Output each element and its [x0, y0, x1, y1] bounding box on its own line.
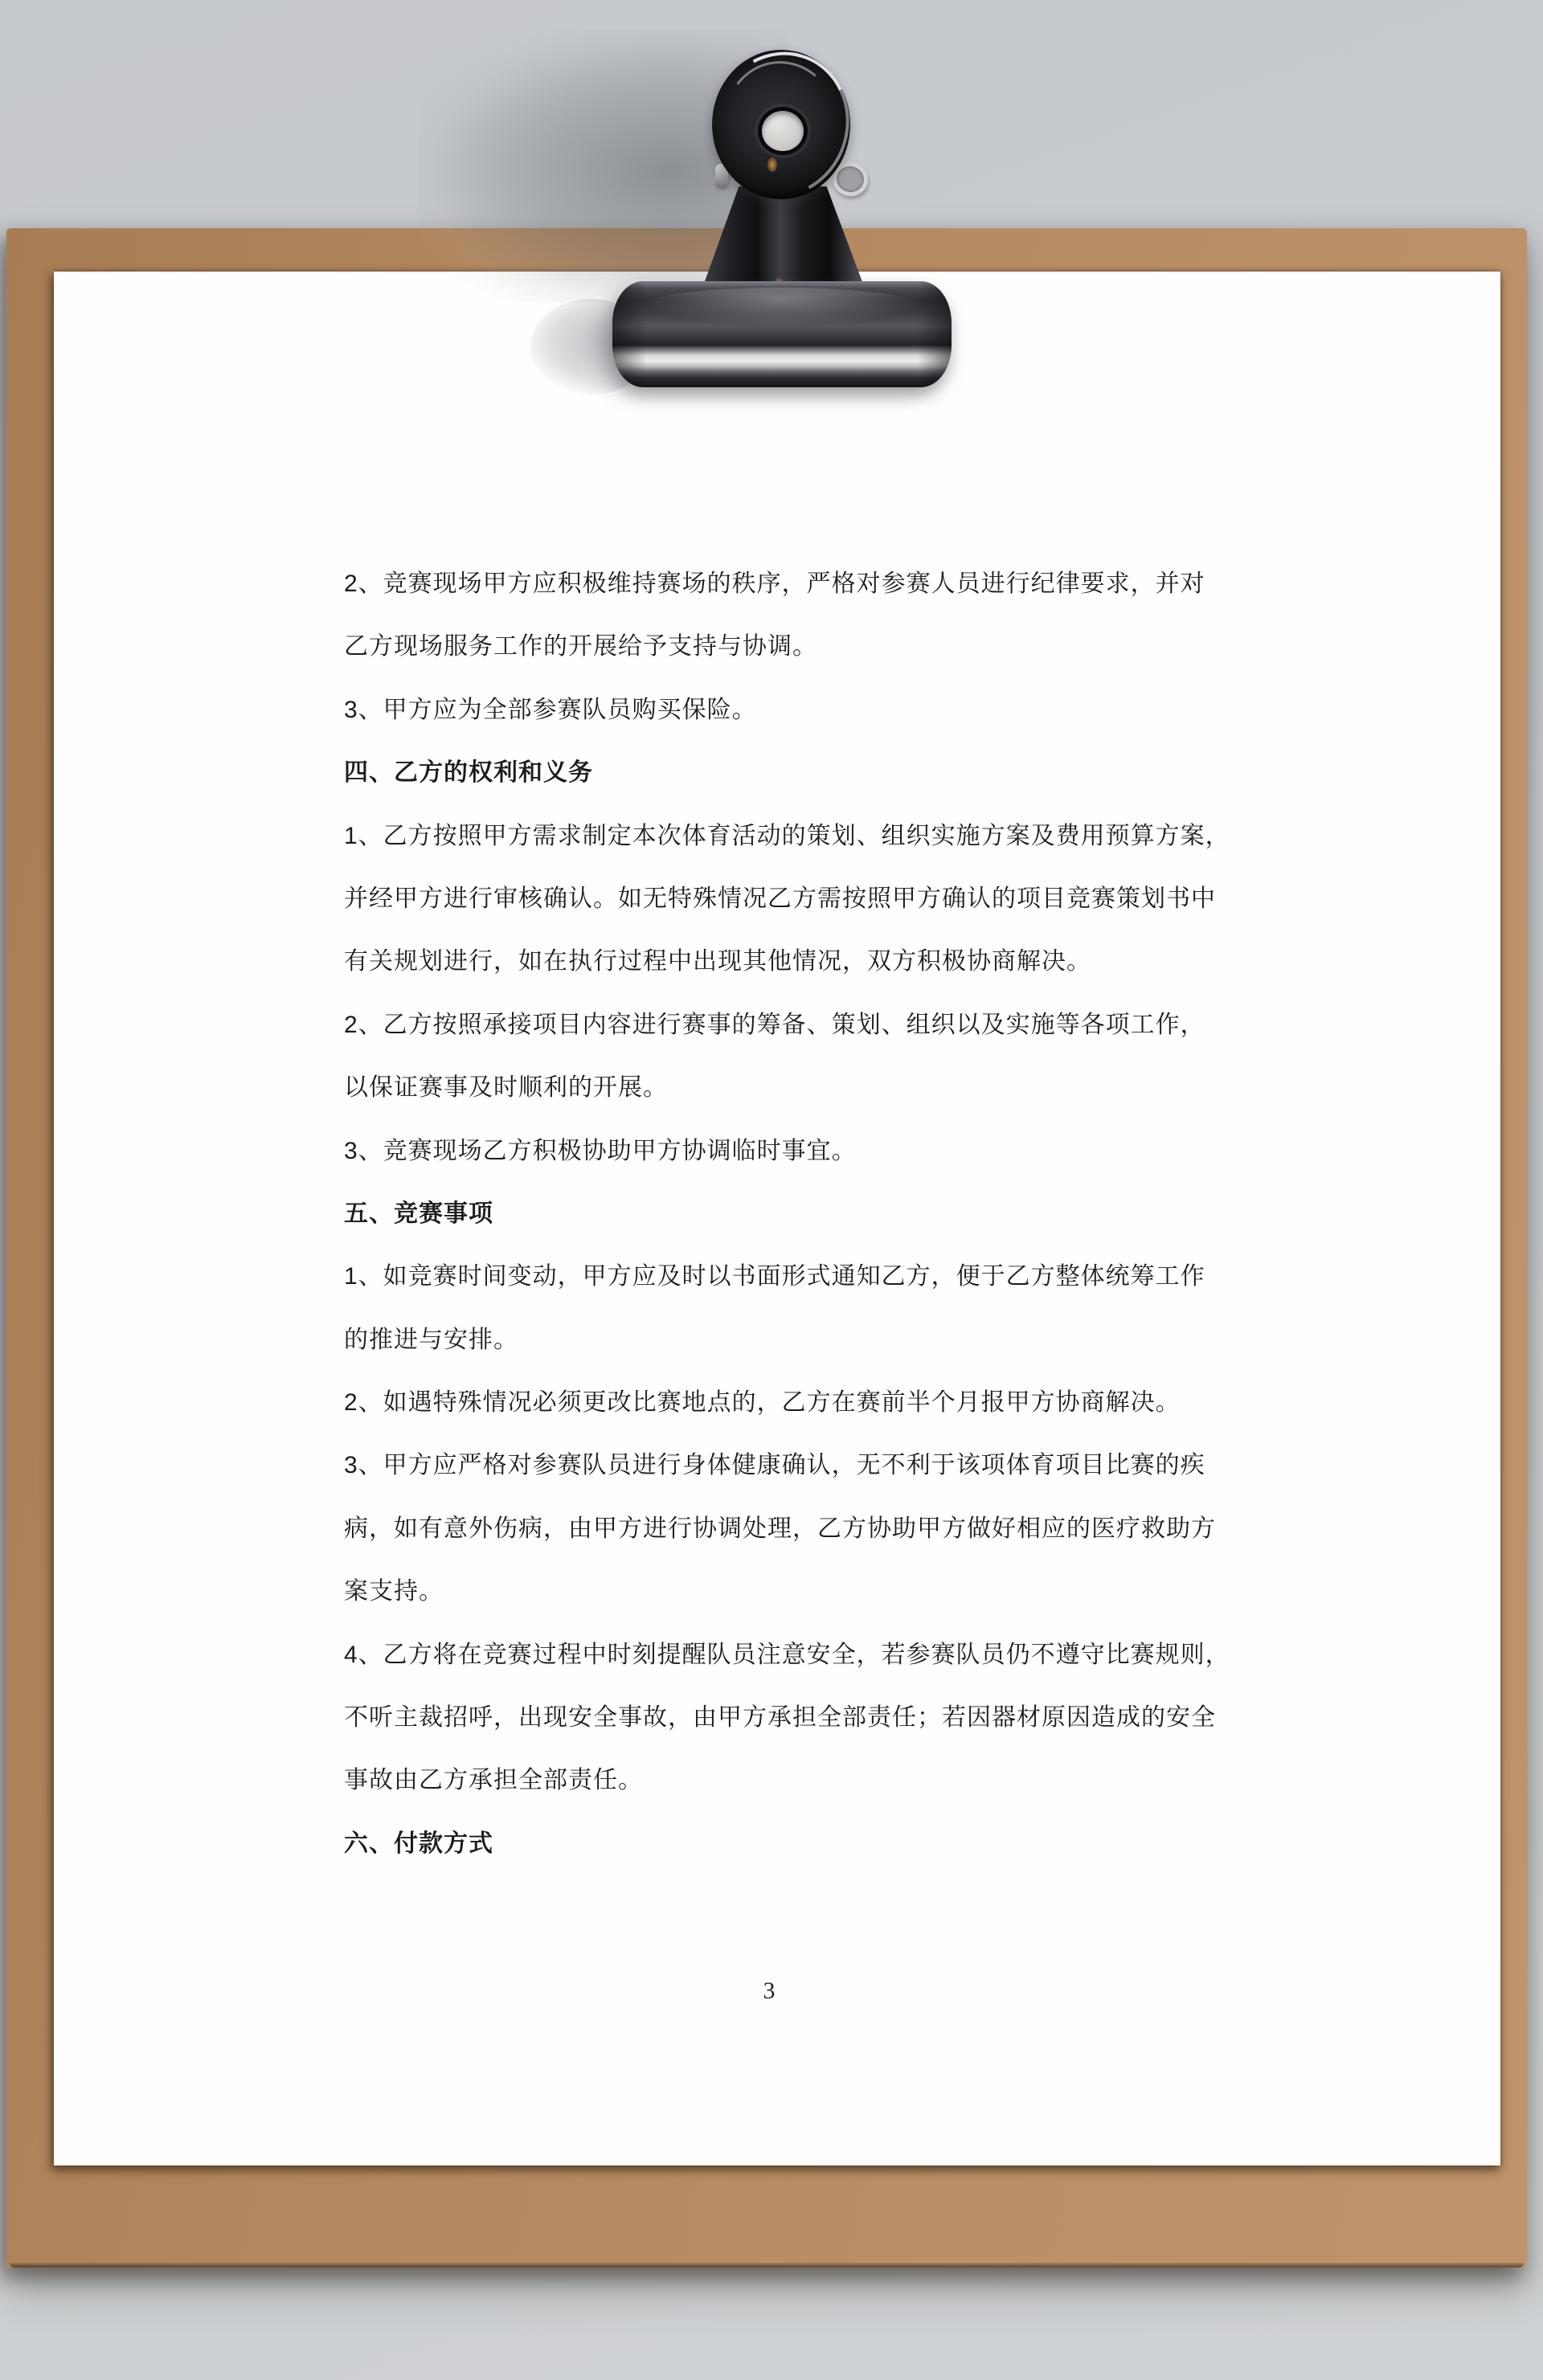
scene-background: 2、竞赛现场甲方应积极维持赛场的秩序，严格对参赛人员进行纪律要求，并对乙方现场服… — [0, 0, 1543, 2380]
document-line: 病，如有意外伤病，由甲方进行协调处理，乙方协助甲方做好相应的医疗救助方 — [344, 1498, 1230, 1560]
binder-clip-bar — [612, 281, 952, 387]
document-line: 的推进与安排。 — [344, 1309, 1230, 1372]
document-line: 1、如竞赛时间变动，甲方应及时以书面形式通知乙方，便于乙方整体统筹工作 — [344, 1245, 1230, 1308]
document-line: 五、竞赛事项 — [344, 1183, 1230, 1245]
document-line: 3、竞赛现场乙方积极协助甲方协调临时事宜。 — [344, 1120, 1230, 1183]
document-line: 不听主裁招呼，出现安全事故，由甲方承担全部责任；若因器材原因造成的安全 — [344, 1687, 1230, 1749]
document-line: 事故由乙方承担全部责任。 — [344, 1749, 1230, 1812]
document-line: 2、竞赛现场甲方应积极维持赛场的秩序，严格对参赛人员进行纪律要求，并对 — [344, 553, 1230, 615]
document-line: 2、乙方按照承接项目内容进行赛事的筹备、策划、组织以及实施等各项工作， — [344, 994, 1230, 1057]
document-line: 有关规划进行，如在执行过程中出现其他情况，双方积极协商解决。 — [344, 930, 1230, 993]
paper-sheet: 2、竞赛现场甲方应积极维持赛场的秩序，严格对参赛人员进行纪律要求，并对乙方现场服… — [54, 272, 1500, 2165]
document-line: 2、如遇特殊情况必须更改比赛地点的，乙方在赛前半个月报甲方协商解决。 — [344, 1372, 1230, 1434]
document-line: 六、付款方式 — [344, 1813, 1230, 1875]
document-line: 3、甲方应严格对参赛队员进行身体健康确认，无不利于该项体育项目比赛的疾 — [344, 1434, 1230, 1497]
document-line: 以保证赛事及时顺利的开展。 — [344, 1057, 1230, 1119]
document-line: 案支持。 — [344, 1560, 1230, 1623]
document-line: 并经甲方进行审核确认。如无特殊情况乙方需按照甲方确认的项目竞赛策划书中 — [344, 868, 1230, 930]
document-line: 1、乙方按照甲方需求制定本次体育活动的策划、组织实施方案及费用预算方案， — [344, 805, 1230, 868]
document-line: 乙方现场服务工作的开展给予支持与协调。 — [344, 615, 1230, 678]
document-line: 4、乙方将在竞赛过程中时刻提醒队员注意安全，若参赛队员仍不遵守比赛规则， — [344, 1624, 1230, 1687]
binder-clip-hole — [762, 111, 804, 151]
clip-reflection-glint — [767, 157, 777, 172]
page-number: 3 — [54, 1975, 1484, 2007]
document-line: 3、甲方应为全部参赛队员购买保险。 — [344, 679, 1230, 742]
document-text: 2、竞赛现场甲方应积极维持赛场的秩序，严格对参赛人员进行纪律要求，并对乙方现场服… — [344, 553, 1230, 1875]
document-line: 四、乙方的权利和义务 — [344, 742, 1230, 804]
